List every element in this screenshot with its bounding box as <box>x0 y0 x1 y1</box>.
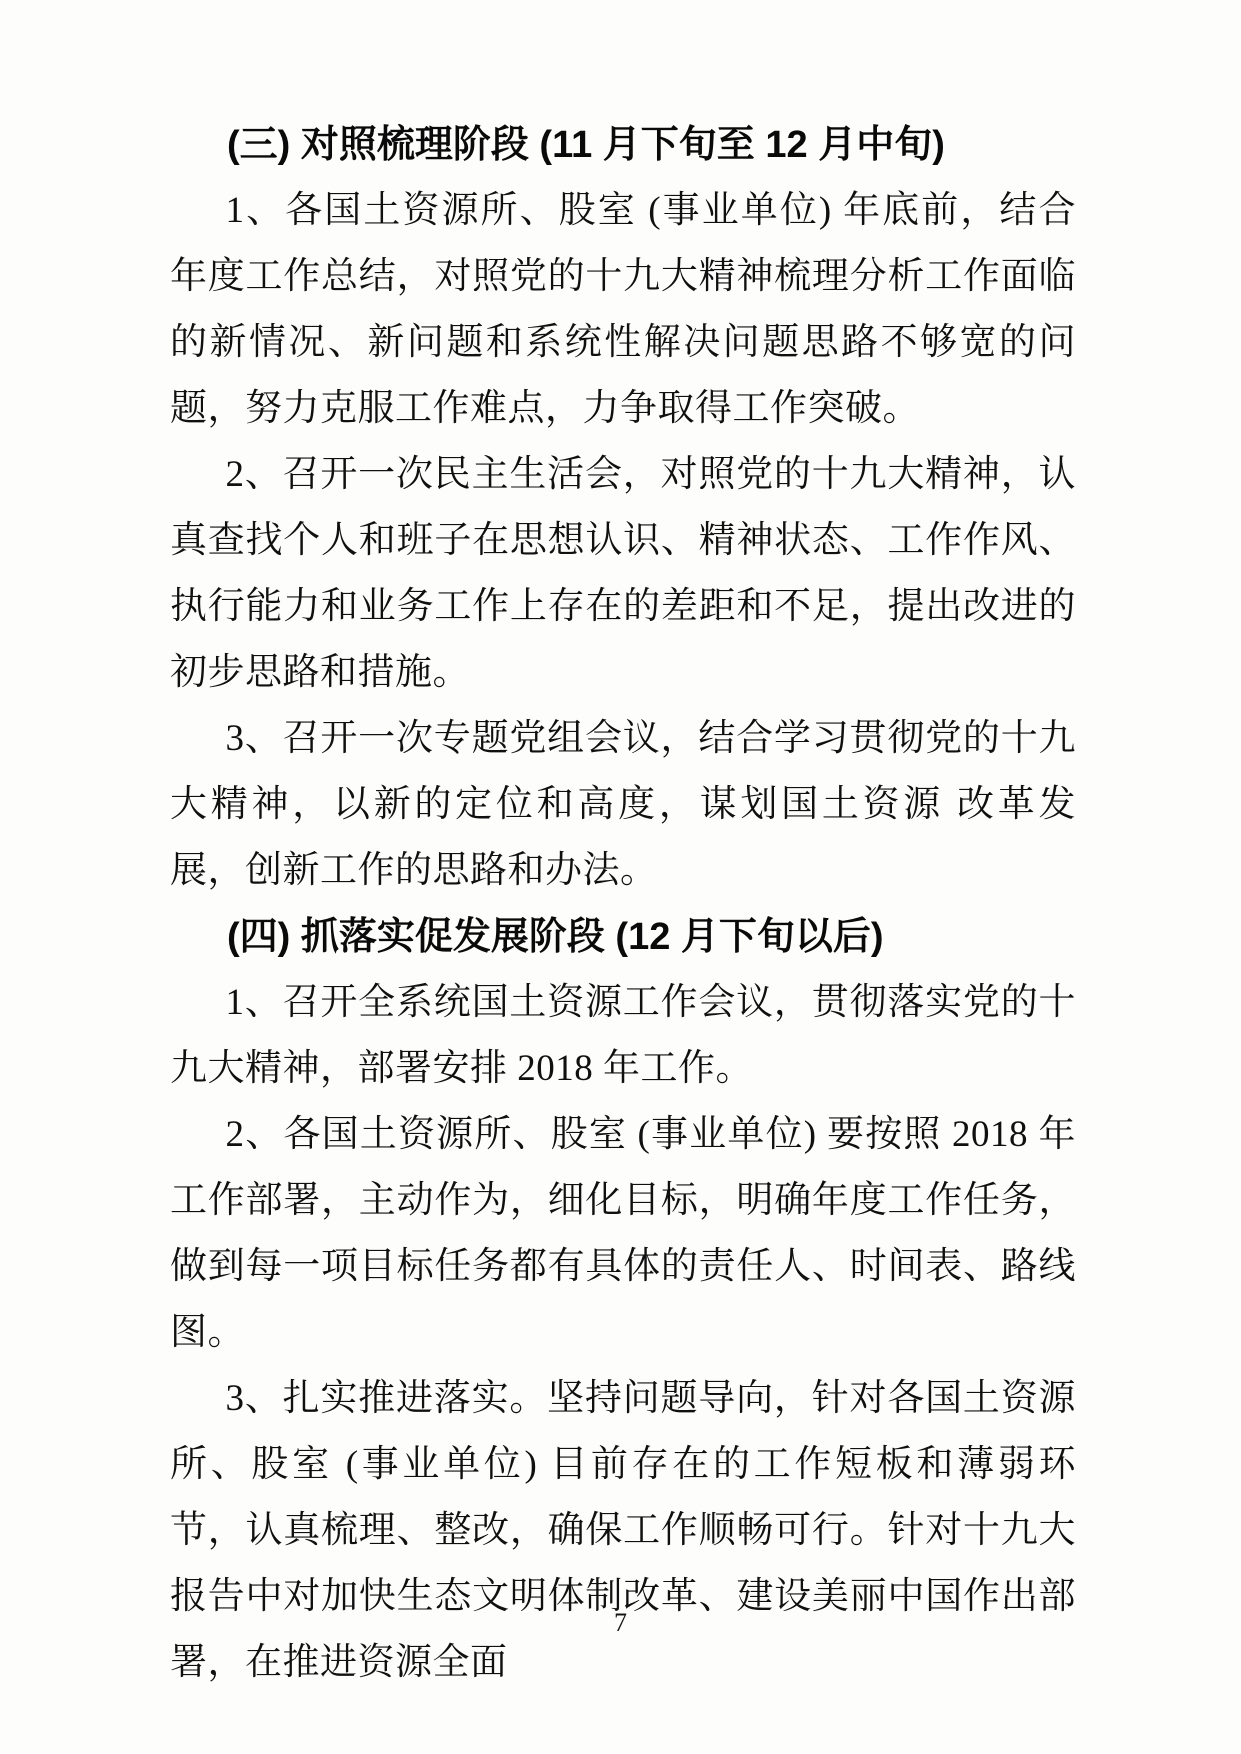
document-text-block: (三) 对照梳理阶段 (11 月下旬至 12 月中旬) 1、各国土资源所、股室 … <box>170 112 1076 1696</box>
section-heading-stage-3: (三) 对照梳理阶段 (11 月下旬至 12 月中旬) <box>170 112 1076 178</box>
section-heading-stage-4: (四) 抓落实促发展阶段 (12 月下旬以后) <box>170 904 1076 970</box>
paragraph-stage4-item3: 3、扎实推进落实。坚持问题导向，针对各国土资源所、股室 (事业单位) 目前存在的… <box>170 1366 1076 1696</box>
scanned-document-page: (三) 对照梳理阶段 (11 月下旬至 12 月中旬) 1、各国土资源所、股室 … <box>0 0 1241 1754</box>
paragraph-stage4-item2: 2、各国土资源所、股室 (事业单位) 要按照 2018 年工作部署，主动作为，细… <box>170 1102 1076 1366</box>
paragraph-stage3-item3: 3、召开一次专题党组会议，结合学习贯彻党的十九大精神，以新的定位和高度，谋划国土… <box>170 706 1076 904</box>
paragraph-stage3-item1: 1、各国土资源所、股室 (事业单位) 年底前，结合年度工作总结，对照党的十九大精… <box>170 178 1076 442</box>
paragraph-stage4-item1: 1、召开全系统国土资源工作会议，贯彻落实党的十九大精神，部署安排 2018 年工… <box>170 970 1076 1102</box>
paragraph-stage3-item2: 2、召开一次民主生活会，对照党的十九大精神，认真查找个人和班子在思想认识、精神状… <box>170 442 1076 706</box>
page-number: 7 <box>614 1608 627 1637</box>
page-footer: 7 <box>0 1608 1241 1638</box>
